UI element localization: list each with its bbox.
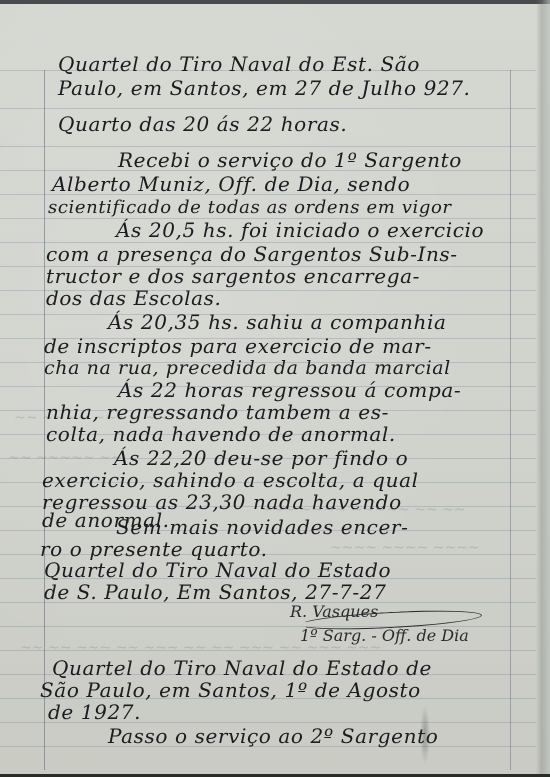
entry1-shift-line: Quarto das 20 ás 22 horas.: [58, 112, 347, 136]
rule-line: [0, 108, 536, 109]
entry2-heading-line-1: Quartel do Tiro Naval do Estado de: [52, 656, 432, 680]
entry1-body-line: Sem mais novidades encer-: [116, 515, 408, 539]
entry1-body-line: dos das Escolas.: [46, 286, 221, 310]
entry1-closing-line-2: de S. Paulo, Em Santos, 27-7-27: [44, 580, 386, 604]
entry1-body-line: Ás 22 horas regressou á compa-: [118, 378, 461, 402]
page-fold-shadow: [536, 0, 550, 777]
entry1-body-line: Alberto Muniz, Off. de Dia, sendo: [52, 172, 410, 196]
notebook-page: ~~ ~~~~ ~~~~ ~~ ~~ ~~~~~ ~~ ~~~ ~~~~ ~~~…: [0, 0, 550, 777]
entry1-body-line: tructor e dos sargentos encarrega-: [46, 264, 420, 288]
entry2-body-line-1: Passo o serviço ao 2º Sargento: [108, 724, 438, 748]
entry1-heading-line-1: Quartel do Tiro Naval do Est. São: [58, 52, 420, 76]
right-margin-line: [510, 70, 511, 770]
entry1-body-line: scientificado de todas as ordens em vigo…: [48, 196, 452, 220]
entry1-body-line: Recebi o serviço do 1º Sargento: [118, 148, 462, 172]
entry1-body-line: Ás 22,20 deu-se por findo o: [114, 446, 408, 470]
entry1-closing-line-1: Quartel do Tiro Naval do Estado: [44, 558, 391, 582]
entry1-body-line: cha na rua, precedida da banda marcial: [44, 356, 451, 380]
entry1-body-line: com a presença do Sargentos Sub-Ins-: [46, 242, 458, 266]
rule-line: [0, 146, 536, 147]
bleed-through-text: ~~ ~~~~~ ~~: [8, 450, 122, 466]
bleed-through-text: ~~~~ ~~~~ ~~~~: [330, 540, 480, 556]
entry2-heading-line-2: São Paulo, em Santos, 1º de Agosto: [40, 678, 421, 702]
entry1-heading-line-2: Paulo, em Santos, em 27 de Julho 927.: [58, 76, 471, 100]
entry1-body-line: nhia, regressando tambem a es-: [46, 400, 389, 424]
entry1-body-line: exercicio, sahindo a escolta, a qual: [42, 468, 419, 492]
page-top-edge: [0, 0, 550, 4]
entry1-body-line: de inscriptos para exercicio de mar-: [44, 334, 432, 358]
ink-smudge: [420, 705, 430, 765]
signature-title: 1º Sarg. - Off. de Dia: [300, 626, 469, 645]
entry1-body-line: Ás 20,5 hs. foi iniciado o exercicio: [116, 218, 484, 242]
entry2-heading-line-3: de 1927.: [48, 700, 141, 724]
entry1-body-line: Ás 20,35 hs. sahiu a companhia: [108, 310, 447, 334]
entry1-body-line: colta, nada havendo de anormal.: [46, 422, 396, 446]
